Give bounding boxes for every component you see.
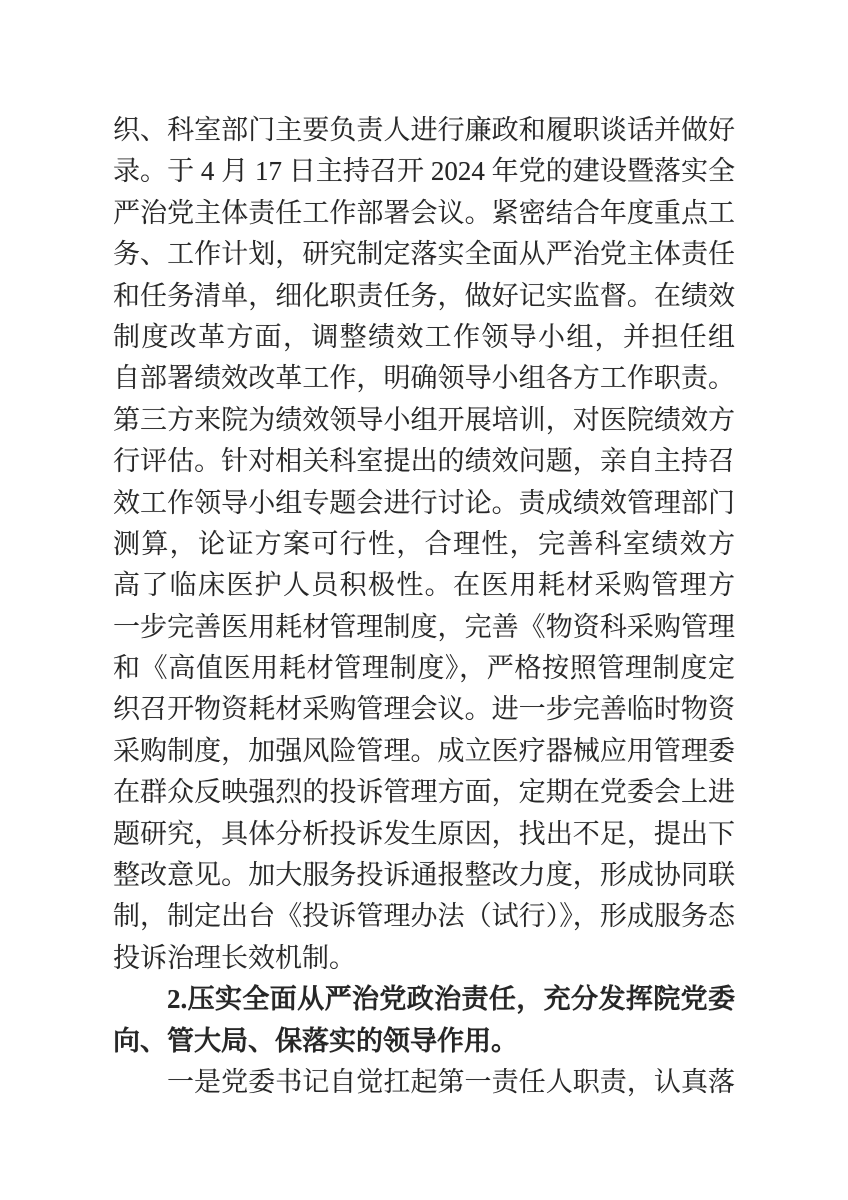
text-line: 织、科室部门主要负责人进行廉政和履职谈话并做好记 <box>113 110 735 151</box>
text-line: 务、工作计划，研究制定落实全面从严治党主体责任清单 <box>113 234 735 275</box>
text-line: 严治党主体责任工作部署会议。紧密结合年度重点工作任 <box>113 193 735 234</box>
text-line: 在群众反映强烈的投诉管理方面，定期在党委会上进行专 <box>113 772 735 813</box>
text-line: 采购制度，加强风险管理。成立医疗器械应用管理委员会。 <box>113 731 735 772</box>
text-line: 自部署绩效改革工作，明确领导小组各方工作职责。邀请 <box>113 358 735 399</box>
text-line: 制度改革方面，调整绩效工作领导小组，并担任组长，亲 <box>113 317 735 358</box>
text-line: 制，制定出台《投诉管理办法（试行）》，形成服务态度 <box>113 896 735 937</box>
text-line: 和任务清单，细化职责任务，做好记实监督。在绩效分配 <box>113 276 735 317</box>
text-line: 第三方来院为绩效领导小组开展培训，对医院绩效方案进 <box>113 400 735 441</box>
text-line: 2.压实全面从严治党政治责任，充分发挥院党委把方 <box>113 979 735 1020</box>
text-line: 高了临床医护人员积极性。在医用耗材采购管理方面，进 <box>113 565 735 606</box>
text-line: 投诉治理长效机制。 <box>113 938 735 979</box>
text-line: 一步完善医用耗材管理制度，完善《物资科采购管理制度》 <box>113 607 735 648</box>
text-line: 测算，论证方案可行性，合理性，完善科室绩效方案，提 <box>113 524 735 565</box>
document-page: 织、科室部门主要负责人进行廉政和履职谈话并做好记录。于 4 月 17 日主持召开… <box>0 0 848 1200</box>
text-line: 效工作领导小组专题会进行讨论。责成绩效管理部门反复 <box>113 483 735 524</box>
text-line: 一是党委书记自觉扛起第一责任人职责，认真落实全 <box>113 1062 735 1103</box>
text-line: 行评估。针对相关科室提出的绩效问题，亲自主持召开绩 <box>113 441 735 482</box>
text-line: 织召开物资耗材采购管理会议。进一步完善临时物资耗材 <box>113 689 735 730</box>
document-body: 织、科室部门主要负责人进行廉政和履职谈话并做好记录。于 4 月 17 日主持召开… <box>113 110 735 1103</box>
text-line: 向、管大局、保落实的领导作用。 <box>113 1021 735 1062</box>
text-line: 和《高值医用耗材管理制度》，严格按照管理制度定期组 <box>113 648 735 689</box>
text-line: 题研究，具体分析投诉发生原因，找出不足，提出下一步 <box>113 814 735 855</box>
text-line: 录。于 4 月 17 日主持召开 2024 年党的建设暨落实全面从 <box>113 151 735 192</box>
text-line: 整改意见。加大服务投诉通报整改力度，形成协同联动机 <box>113 855 735 896</box>
